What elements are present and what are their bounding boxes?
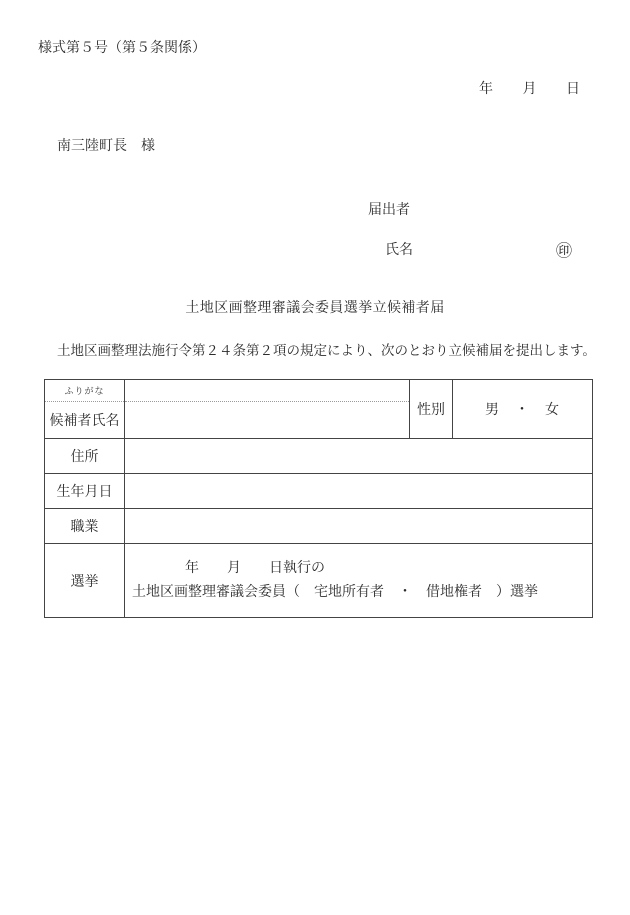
election-date-line: 年 月 日執行の (125, 557, 592, 581)
seal-mark-icon: ㊞ (556, 238, 572, 261)
birthdate-field (125, 474, 593, 509)
candidate-form-table: ふりがな 候補者氏名 性別 男 ・ 女 住所 生年月日 職業 選挙 年 月 日執… (44, 379, 593, 618)
address-label: 住所 (45, 439, 125, 474)
table-row-address: 住所 (45, 439, 593, 474)
addressee: 南三陸町長 様 (57, 135, 155, 155)
furigana-field (125, 380, 409, 402)
gender-label-cell: 性別 (410, 380, 453, 439)
notifier-label: 届出者 (368, 199, 410, 219)
candidate-name-label-cell: ふりがな 候補者氏名 (45, 380, 125, 439)
gender-options-cell: 男 ・ 女 (453, 380, 593, 439)
document-title: 土地区画整理審議会委員選挙立候補者届 (0, 297, 630, 317)
date-line: 年 月 日 (479, 78, 581, 98)
address-field (125, 439, 593, 474)
table-row-candidate-name: ふりがな 候補者氏名 性別 男 ・ 女 (45, 380, 593, 439)
election-type-line: 土地区画整理審議会委員（ 宅地所有者 ・ 借地権者 ）選挙 (125, 581, 592, 605)
table-row-birthdate: 生年月日 (45, 474, 593, 509)
notifier-name-label: 氏名 (385, 239, 413, 259)
table-row-election: 選挙 年 月 日執行の 土地区画整理審議会委員（ 宅地所有者 ・ 借地権者 ）選… (45, 544, 593, 618)
candidate-name-value (125, 402, 409, 438)
birthdate-label: 生年月日 (45, 474, 125, 509)
election-field: 年 月 日執行の 土地区画整理審議会委員（ 宅地所有者 ・ 借地権者 ）選挙 (125, 544, 593, 618)
occupation-field (125, 509, 593, 544)
table-row-occupation: 職業 (45, 509, 593, 544)
candidate-name-label: 候補者氏名 (45, 402, 124, 438)
body-statement: 土地区画整理法施行令第２４条第２項の規定により、次のとおり立候補届を提出します。 (57, 339, 596, 359)
furigana-label: ふりがな (45, 380, 124, 402)
election-label: 選挙 (45, 544, 125, 618)
occupation-label: 職業 (45, 509, 125, 544)
form-number: 様式第５号（第５条関係） (38, 37, 206, 57)
candidate-name-field (125, 380, 410, 439)
